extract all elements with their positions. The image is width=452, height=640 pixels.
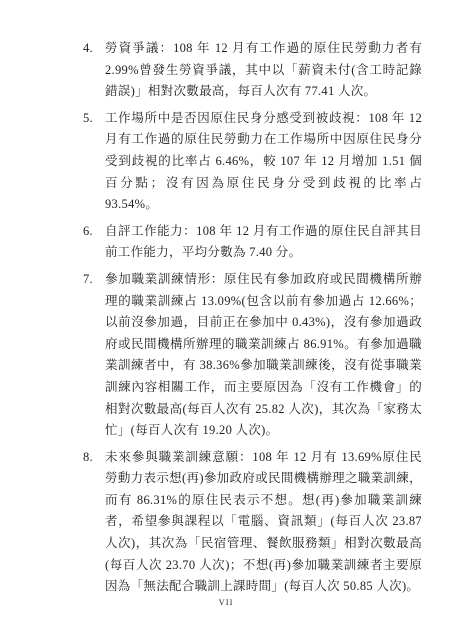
list-item: 5. 工作場所中是否因原住民身分感受到被歧視：108 年 12 月有工作過的原住… xyxy=(83,108,422,216)
list-item: 8. 未來參與職業訓練意願：108 年 12 月有 13.69%原住民勞動力表示… xyxy=(83,447,422,598)
list-item: 7. 參加職業訓練情形：原住民有參加政府或民間機構所辦理的職業訓練占 13.09… xyxy=(83,269,422,442)
page-number: VII xyxy=(0,597,452,607)
list-item: 6. 自評工作能力：108 年 12 月有工作過的原住民自評其目前工作能力，平均… xyxy=(83,221,422,264)
numbered-list: 4. 勞資爭議：108 年 12 月有工作過的原住民勞動力者有 2.99%曾發生… xyxy=(83,38,422,603)
item-number: 7. xyxy=(83,269,105,291)
item-number: 5. xyxy=(83,108,105,130)
item-text: 工作場所中是否因原住民身分感受到被歧視：108 年 12 月有工作過的原住民勞動… xyxy=(105,108,422,216)
item-number: 6. xyxy=(83,221,105,243)
item-number: 8. xyxy=(83,447,105,469)
item-number: 4. xyxy=(83,38,105,60)
list-item: 4. 勞資爭議：108 年 12 月有工作過的原住民勞動力者有 2.99%曾發生… xyxy=(83,38,422,103)
item-text: 自評工作能力：108 年 12 月有工作過的原住民自評其目前工作能力，平均分數為… xyxy=(105,221,422,264)
item-text: 未來參與職業訓練意願：108 年 12 月有 13.69%原住民勞動力表示想(再… xyxy=(105,447,422,598)
item-text: 參加職業訓練情形：原住民有參加政府或民間機構所辦理的職業訓練占 13.09%(包… xyxy=(105,269,422,442)
document-page: 4. 勞資爭議：108 年 12 月有工作過的原住民勞動力者有 2.99%曾發生… xyxy=(0,0,452,640)
item-text: 勞資爭議：108 年 12 月有工作過的原住民勞動力者有 2.99%曾發生勞資爭… xyxy=(105,38,422,103)
